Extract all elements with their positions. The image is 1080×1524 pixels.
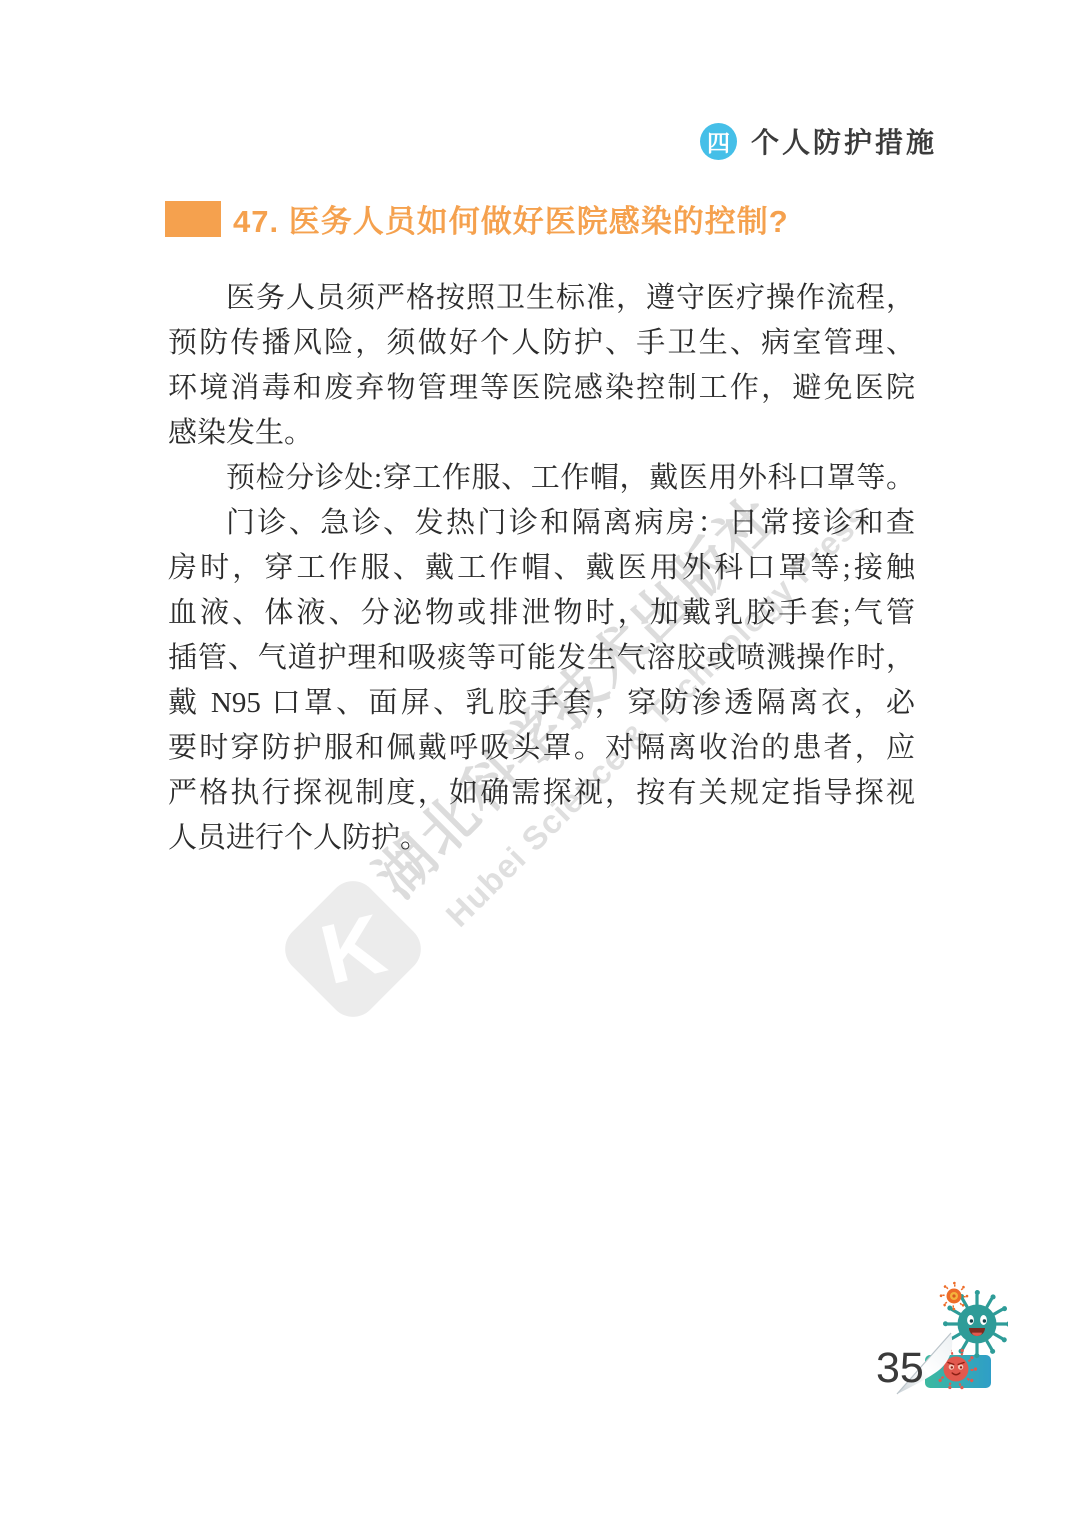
chapter-number-badge: 四 <box>700 123 737 160</box>
body-line: 要时穿防护服和佩戴呼吸头罩。对隔离收治的患者，应 <box>168 726 915 771</box>
body-line: 插管、气道护理和吸痰等可能发生气溶胶或喷溅操作时， <box>168 636 915 681</box>
body-line: 感染发生。 <box>168 411 915 456</box>
body-line: 戴 N95 口罩、面屏、乳胶手套，穿防渗透隔离衣，必 <box>168 681 915 726</box>
section-title-row: 47. 医务人员如何做好医院感染的控制? <box>165 196 789 241</box>
body-line: 严格执行探视制度，如确需探视，按有关规定指导探视 <box>168 771 915 816</box>
body-line: 预防传播风险，须做好个人防护、手卫生、病室管理、 <box>168 321 915 366</box>
section-bullet-square <box>165 201 221 237</box>
page: K 湖北科学技术出版社 Hubei Science & Technology P… <box>0 0 1080 1524</box>
body-line: 预检分诊处:穿工作服、工作帽，戴医用外科口罩等。 <box>168 456 915 501</box>
body-line: 血液、体液、分泌物或排泄物时，加戴乳胶手套;气管 <box>168 591 915 636</box>
body-line: 门诊、急诊、发热门诊和隔离病房：日常接诊和查 <box>168 501 915 546</box>
page-number: 35 <box>876 1344 924 1393</box>
running-header-title: 个人防护措施 <box>751 121 937 161</box>
running-header: 四 个人防护措施 <box>700 122 937 160</box>
section-title: 47. 医务人员如何做好医院感染的控制? <box>233 196 789 241</box>
body-line: 人员进行个人防护。 <box>168 816 915 861</box>
body-line: 房时，穿工作服、戴工作帽、戴医用外科口罩等;接触 <box>168 546 915 591</box>
body-text: 医务人员须严格按照卫生标准，遵守医疗操作流程， 预防传播风险，须做好个人防护、手… <box>168 276 915 861</box>
body-line: 环境消毒和废弃物管理等医院感染控制工作，避免医院 <box>168 366 915 411</box>
content-layer: 四 个人防护措施 47. 医务人员如何做好医院感染的控制? 医务人员须严格按照卫… <box>0 0 1080 1524</box>
body-line: 医务人员须严格按照卫生标准，遵守医疗操作流程， <box>168 276 915 321</box>
